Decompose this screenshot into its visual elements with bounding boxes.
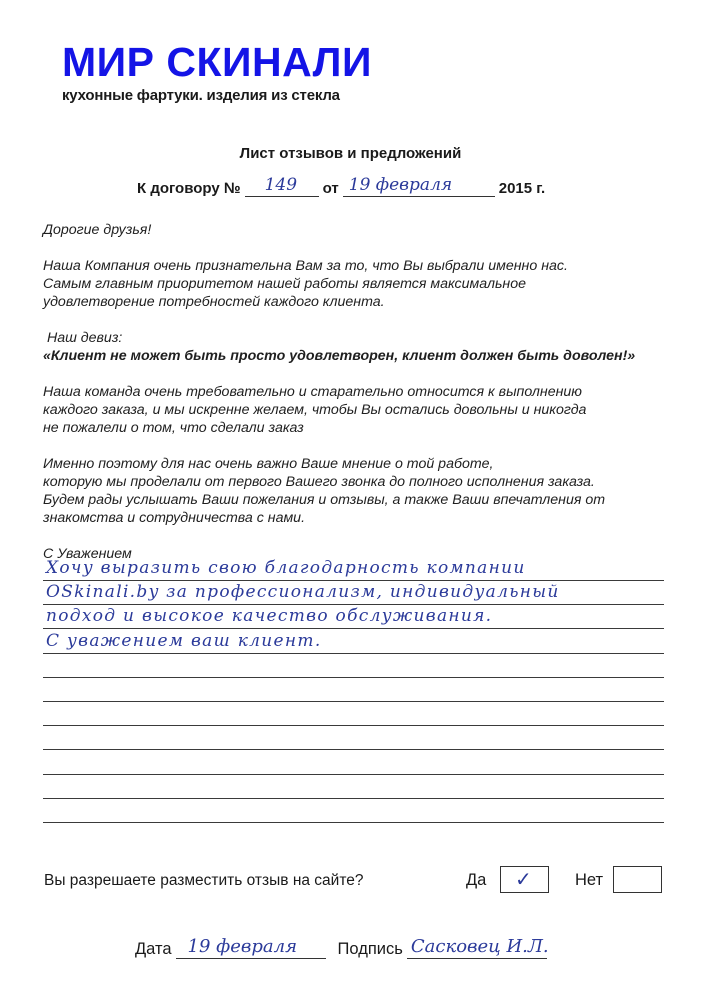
- paragraph-1-line-2: Самым главным приоритетом нашей работы я…: [43, 275, 683, 293]
- ruled-line: [43, 822, 664, 823]
- handwritten-line: С уважением ваш клиент.: [46, 631, 322, 651]
- paragraph-1-line-1: Наша Компания очень признательна Вам за …: [43, 257, 683, 275]
- paragraph-2-line-2: каждого заказа, и мы искренне желаем, чт…: [43, 401, 683, 419]
- yes-label: Да: [466, 871, 486, 890]
- motto: «Клиент не может быть просто удовлетворе…: [43, 347, 683, 365]
- signature-label: Подпись: [338, 940, 403, 959]
- brand-tagline: кухонные фартуки. изделия из стекла: [62, 87, 340, 104]
- signature-row: Дата 19 февраля Подпись Сасковец И.Л.: [135, 936, 551, 959]
- letter-body: Дорогие друзья! Наша Компания очень приз…: [43, 221, 683, 563]
- ruled-line: [43, 677, 664, 678]
- ruled-line: [43, 701, 664, 702]
- ruled-line: [43, 774, 664, 775]
- check-mark-icon: ✓: [515, 867, 532, 891]
- ruled-line: [43, 798, 664, 799]
- brand-logo: МИР СКИНАЛИ: [62, 42, 372, 83]
- handwritten-line: подход и высокое качество обслуживания.: [46, 606, 492, 626]
- contract-date-value: 19 февраля: [349, 175, 452, 195]
- contract-date-field[interactable]: 19 февраля: [343, 178, 495, 197]
- signature-field[interactable]: Сасковец И.Л.: [407, 936, 547, 959]
- ruled-line: [43, 725, 664, 726]
- paragraph-3-line-4: знакомства и сотрудничества с нами.: [43, 509, 683, 527]
- from-label: от: [323, 180, 339, 197]
- signature-value: Сасковец И.Л.: [411, 936, 549, 957]
- paragraph-3-line-2: которую мы проделали от первого Вашего з…: [43, 473, 683, 491]
- paragraph-1-line-3: удовлетворение потребностей каждого клие…: [43, 293, 683, 311]
- yes-checkbox[interactable]: ✓: [500, 866, 549, 893]
- ruled-line: [43, 628, 664, 629]
- no-label: Нет: [575, 871, 603, 890]
- handwritten-line: OSkinali.by за профессионализм, индивиду…: [46, 582, 560, 602]
- paragraph-3-line-1: Именно поэтому для нас очень важно Ваше …: [43, 455, 683, 473]
- ruled-line: [43, 580, 664, 581]
- paragraph-3-line-3: Будем рады услышать Ваши пожелания и отз…: [43, 491, 683, 509]
- contract-number-field[interactable]: 149: [245, 178, 319, 197]
- paragraph-2-line-3: не пожалели о том, что сделали заказ: [43, 419, 683, 437]
- ruled-line: [43, 604, 664, 605]
- consent-question: Вы разрешаете разместить отзыв на сайте?: [44, 872, 364, 890]
- contract-label: К договору №: [137, 180, 241, 197]
- greeting: Дорогие друзья!: [43, 221, 683, 239]
- no-checkbox[interactable]: [613, 866, 662, 893]
- ruled-line: [43, 653, 664, 654]
- paragraph-2-line-1: Наша команда очень требовательно и стара…: [43, 383, 683, 401]
- contract-row: К договору № 149 от 19 февраля 2015 г.: [137, 178, 545, 197]
- year-suffix: 2015 г.: [499, 180, 545, 197]
- date-label: Дата: [135, 940, 172, 959]
- contract-number-value: 149: [265, 175, 297, 195]
- form-title: Лист отзывов и предложений: [0, 145, 701, 162]
- ruled-line: [43, 749, 664, 750]
- handwritten-line: Хочу выразить свою благодарность компани…: [46, 558, 526, 578]
- date-field[interactable]: 19 февраля: [176, 936, 326, 959]
- date-value: 19 февраля: [188, 936, 297, 957]
- motto-label: Наш девиз:: [43, 329, 683, 347]
